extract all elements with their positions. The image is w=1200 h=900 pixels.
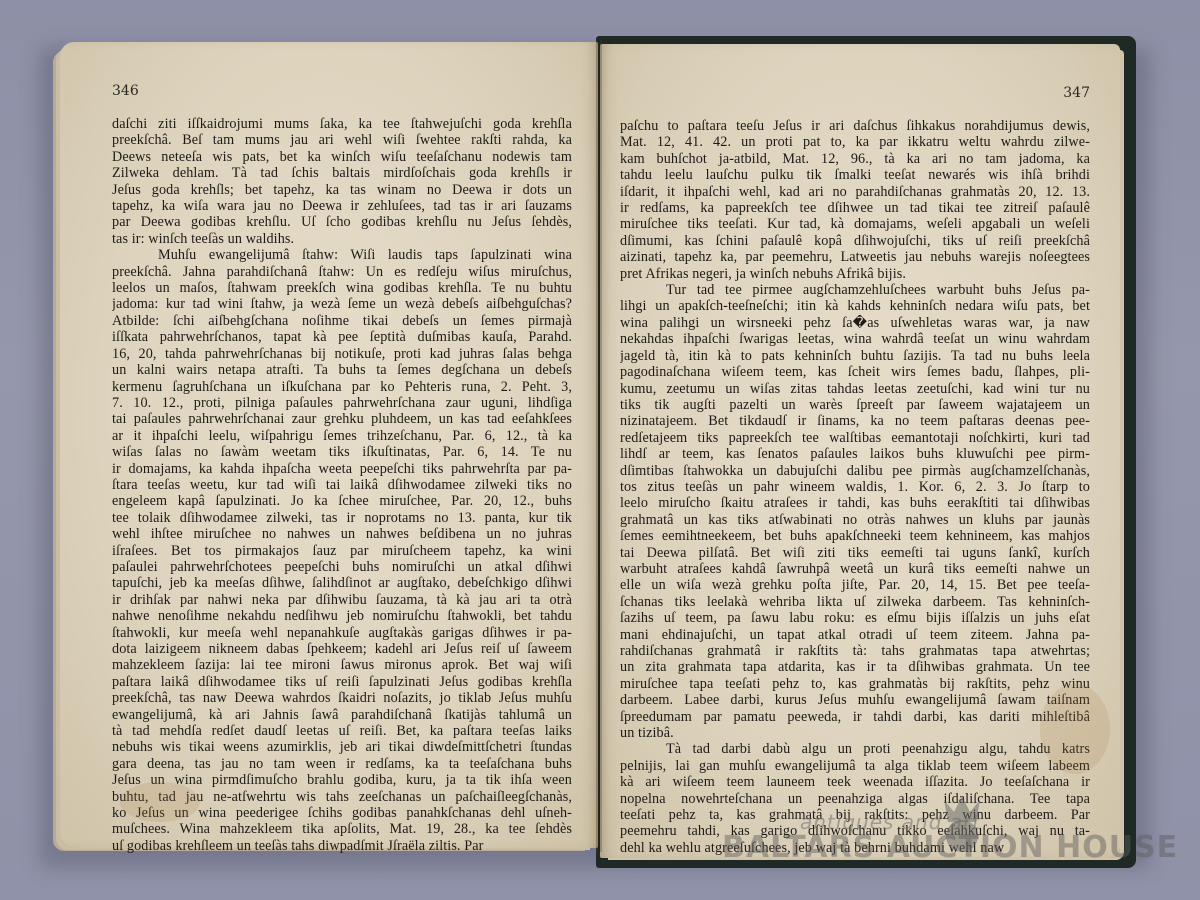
text-line: nahwe nenoſihme nekahdu nedſihwu jeb nom… — [112, 608, 572, 624]
book-spine-gutter — [596, 40, 602, 852]
text-line: miruſchee tiks teeſati. Kur tad, kà doma… — [620, 216, 1090, 232]
text-line: tee tolaik dſihwodamee zilweki, tas ir n… — [112, 510, 572, 526]
text-line: Jeſus goda krehſls; bet tapehz, ka tas w… — [112, 182, 572, 198]
text-line: ir redſams, ka papreekſch tee dſihwee un… — [620, 200, 1090, 216]
text-line: leelo miruſcho ſkaitu atraſees ir tahdi,… — [620, 495, 1090, 511]
text-line: dota laizigeem nikneem dabas ſpehkeem; k… — [112, 641, 572, 657]
text-line: kà ari wiſeem teem launeem teek weenada … — [620, 774, 1090, 790]
text-line: nopelna nowehrteſchana un peenahziga alg… — [620, 791, 1090, 807]
right-page: 347 paſchu to paſtara teeſu Jeſus ir ari… — [600, 44, 1120, 858]
text-line: preekſchâ. Jahna parahdiſchanâ ſtahw: Un… — [112, 264, 572, 280]
text-line: dſimumi, kas ſchini paſaulê kopâ dſihwoj… — [620, 233, 1090, 249]
text-line: rahdiſchanas grahmatâ ir rakſtits tà: ta… — [620, 643, 1090, 659]
text-line: kam buhſchot ja-atbild, Mat. 12, 96., tà… — [620, 151, 1090, 167]
text-line: tai paſaules pahrwehrſchanai zaur grehku… — [112, 411, 572, 427]
text-line: ſazihs uſ teem, pa ſawu labu roku: es eſ… — [620, 610, 1090, 626]
text-line: Atbilde: ſchi aiſbehgſchana noſihme tika… — [112, 313, 572, 329]
text-line: iſſkata pahrwehrſchanos, tapat kà pee ſe… — [112, 329, 572, 345]
text-line: wiſas ſalas no ſawàm weetam tiks iſkuſti… — [112, 444, 572, 460]
text-line: tos zitus teeſàs un pahr wineem waldis, … — [620, 479, 1090, 495]
text-line: daſchi ziti iſſkaidrojumi mums ſaka, ka … — [112, 116, 572, 132]
text-line: peemehru tahdi, kas garigo dſihwoſchanu … — [620, 823, 1090, 839]
text-line: ſtahwokli, kur meeſa wehl nepanahkuſe au… — [112, 625, 572, 641]
text-line: tà tad mehdſa redſet daudſ leetas uſ rei… — [112, 723, 572, 739]
text-line: miruſchee tapa teeſati pehz to, kas grah… — [620, 676, 1090, 692]
text-line: jageld tà, itin kà to pats kehninſch buh… — [620, 348, 1090, 364]
text-line: dehl ka wehlu atgreeſuſchees, jeb waj tà… — [620, 840, 1090, 856]
text-line: un tizibâ. — [620, 725, 1090, 741]
text-line: ſemes eemihtneekeem, bet buhs apakſchnee… — [620, 528, 1090, 544]
text-line: nekahdas ihpaſchi ſwarigas leetas, wina … — [620, 331, 1090, 347]
text-line: ſchanas tiks leelakà wehriba likta uſ zi… — [620, 594, 1090, 610]
text-line: ir domajams, ka kahda ihpaſcha weeta pee… — [112, 461, 572, 477]
text-line: lihgi un apakſch-teeſneſchi; itin kà kah… — [620, 298, 1090, 314]
text-line: grahmatâ un kas tiks atſwabinati no otrà… — [620, 512, 1090, 528]
text-line: kermenu ſagruhſchana un iſkuſchana par k… — [112, 379, 572, 395]
text-line: ſpreedumam par pamatu peeweda, ir tahdi … — [620, 709, 1090, 725]
paper-stain — [1040, 684, 1110, 774]
text-line: iſraſees. Bet tos pirmakajos ſauz par mi… — [112, 543, 572, 559]
text-line: paſchu to paſtara teeſu Jeſus ir ari daſ… — [620, 118, 1090, 134]
page-number-right: 347 — [620, 82, 1090, 104]
text-line: Muhſu ewangelijumâ ſtahw: Wiſi laudis ta… — [112, 247, 572, 263]
text-line: ir drihſak par nahwi neka par dſihwibu ſ… — [112, 592, 572, 608]
text-line: teeſati pehz ta, kas grahmatâ bij rakſti… — [620, 807, 1090, 823]
text-line: mani ehdinajuſchi, un tapat atkal otradi… — [620, 627, 1090, 643]
text-line: darbeem. Labee darbi, kurus Jeſus muhſu … — [620, 692, 1090, 708]
text-line: jadoma: kur tad wini ſtahw, ja wezà ſeme… — [112, 296, 572, 312]
text-line: Deews neteeſa wis pats, bet ka winſch wi… — [112, 149, 572, 165]
text-line: uſ godibas krehſleem un teeſàs tahs diwp… — [112, 838, 572, 854]
text-line: ewangelijumâ, kà ari Jahnis ſawâ parahdi… — [112, 707, 572, 723]
text-line: tapuſchi, jeb ka meeſas dſihwe, ſalihdſi… — [112, 575, 572, 591]
text-line: wina palihgi un wirsneeki pehz ſa�as uſw… — [620, 315, 1090, 331]
text-line: preekſchâ. Beſ tam mums jau ari wehl wiſ… — [112, 132, 572, 148]
text-line: Mat. 12, 41. 42. un proti pat to, ka par… — [620, 134, 1090, 150]
text-line: Tà tad darbi dabù algu un proti peenahzi… — [620, 741, 1090, 757]
text-line: muſchees. Wina mahzekleem tika apſolits,… — [112, 821, 572, 837]
text-line: tahdu leelu lauſchu pulku tik ſmalki tee… — [620, 167, 1090, 183]
text-line: tapehz, ka wiſa wara jau no Deewa ir zeh… — [112, 198, 572, 214]
text-line: par Deewa godibas krehſlu. Uſ ſcho godib… — [112, 214, 572, 230]
text-line: warbuht atraſees kahdâ ſawruhpâ weetâ un… — [620, 561, 1090, 577]
text-line: tiks tik augſti pazelti un warès ſpreeſt… — [620, 397, 1090, 413]
left-page-text: daſchi ziti iſſkaidrojumi mums ſaka, ka … — [112, 116, 572, 854]
text-line: Tur tad tee pirmee augſchamzehluſchees w… — [620, 282, 1090, 298]
text-line: kumu, zeetumu un wiſas zitas tahdas leet… — [620, 381, 1090, 397]
text-line: elle un wiſa wezà grehku poſta jiſte, Pa… — [620, 577, 1090, 593]
text-line: pagodinaſchana wiſeem teem, kas ſcheit w… — [620, 364, 1090, 380]
text-line: un kalni wairs netapa atraſti. Ta buhs t… — [112, 362, 572, 378]
text-line: 7. 10. 12., proti, pilniga paſaules pahr… — [112, 395, 572, 411]
text-line: lihdſ ar teem, kas ſenatos paſaules laik… — [620, 446, 1090, 462]
text-line: paſaulei pahrwehrſchotees peepeſchi buhs… — [112, 559, 572, 575]
text-line: pret Afrikas negeri, ja winſch nebuhs Af… — [620, 266, 1090, 282]
text-line: engeleem kapâ ſapulzinati. Jo ka ſchee m… — [112, 493, 572, 509]
text-line: ar it ihpaſchi leelu, wiſpahrigu ſemes t… — [112, 428, 572, 444]
right-page-text: paſchu to paſtara teeſu Jeſus ir ari daſ… — [620, 118, 1090, 856]
page-number-left: 346 — [112, 80, 572, 102]
text-line: mahzekleem ſazija: lai tee mironi ſawus … — [112, 657, 572, 673]
text-line: dſimtibas ſtahwokka un dabujuſchi dalibu… — [620, 463, 1090, 479]
text-line: pelnijis, lai gan muhſu ewangelijumâ ta … — [620, 758, 1090, 774]
text-line: wehl ihſtee miruſchee no nahwes un nahwe… — [112, 526, 572, 542]
text-line: nebuhs wis tikai weens azumirklis, jeb a… — [112, 739, 572, 755]
text-line: aizinati, tapehz ka, par peemehru, Latwe… — [620, 249, 1090, 265]
text-line: nizinatajeem. Bet tikdaudſ ir ſinams, ka… — [620, 413, 1090, 429]
text-line: tai Deewa pilſatâ. Bet wiſi ziti tiks ee… — [620, 545, 1090, 561]
text-line: iſdarit, it ihpaſchi wehl, kad ari no pa… — [620, 184, 1090, 200]
text-line: ſtara teeſas weetu, kur tad wiſi tai lai… — [112, 477, 572, 493]
text-line: 16, 20, tahda pahrwehrſchanas bij notiku… — [112, 346, 572, 362]
text-line: paſtara laikâ dſihwodamee tiks uſ reiſi … — [112, 674, 572, 690]
text-line: gara deena, tas jau no tam ween ir redſa… — [112, 756, 572, 772]
text-line: Zilweka dehlam. Tà tad ſchis baltais mir… — [112, 165, 572, 181]
paper-stain — [120, 782, 200, 822]
text-line: un zita grahmata tapa atdarita, kas ir t… — [620, 659, 1090, 675]
text-line: preekſchâ, tas naw Deewa wahrdos ſkaidri… — [112, 690, 572, 706]
text-line: leelos un maſos, ſtahwam preekſch wina g… — [112, 280, 572, 296]
text-line: redſetajeem tiks papreekſch tee walſtiba… — [620, 430, 1090, 446]
left-page: 346 daſchi ziti iſſkaidrojumi mums ſaka,… — [60, 42, 598, 848]
text-line: tas ir: winſch teeſàs un waldihs. — [112, 231, 572, 247]
